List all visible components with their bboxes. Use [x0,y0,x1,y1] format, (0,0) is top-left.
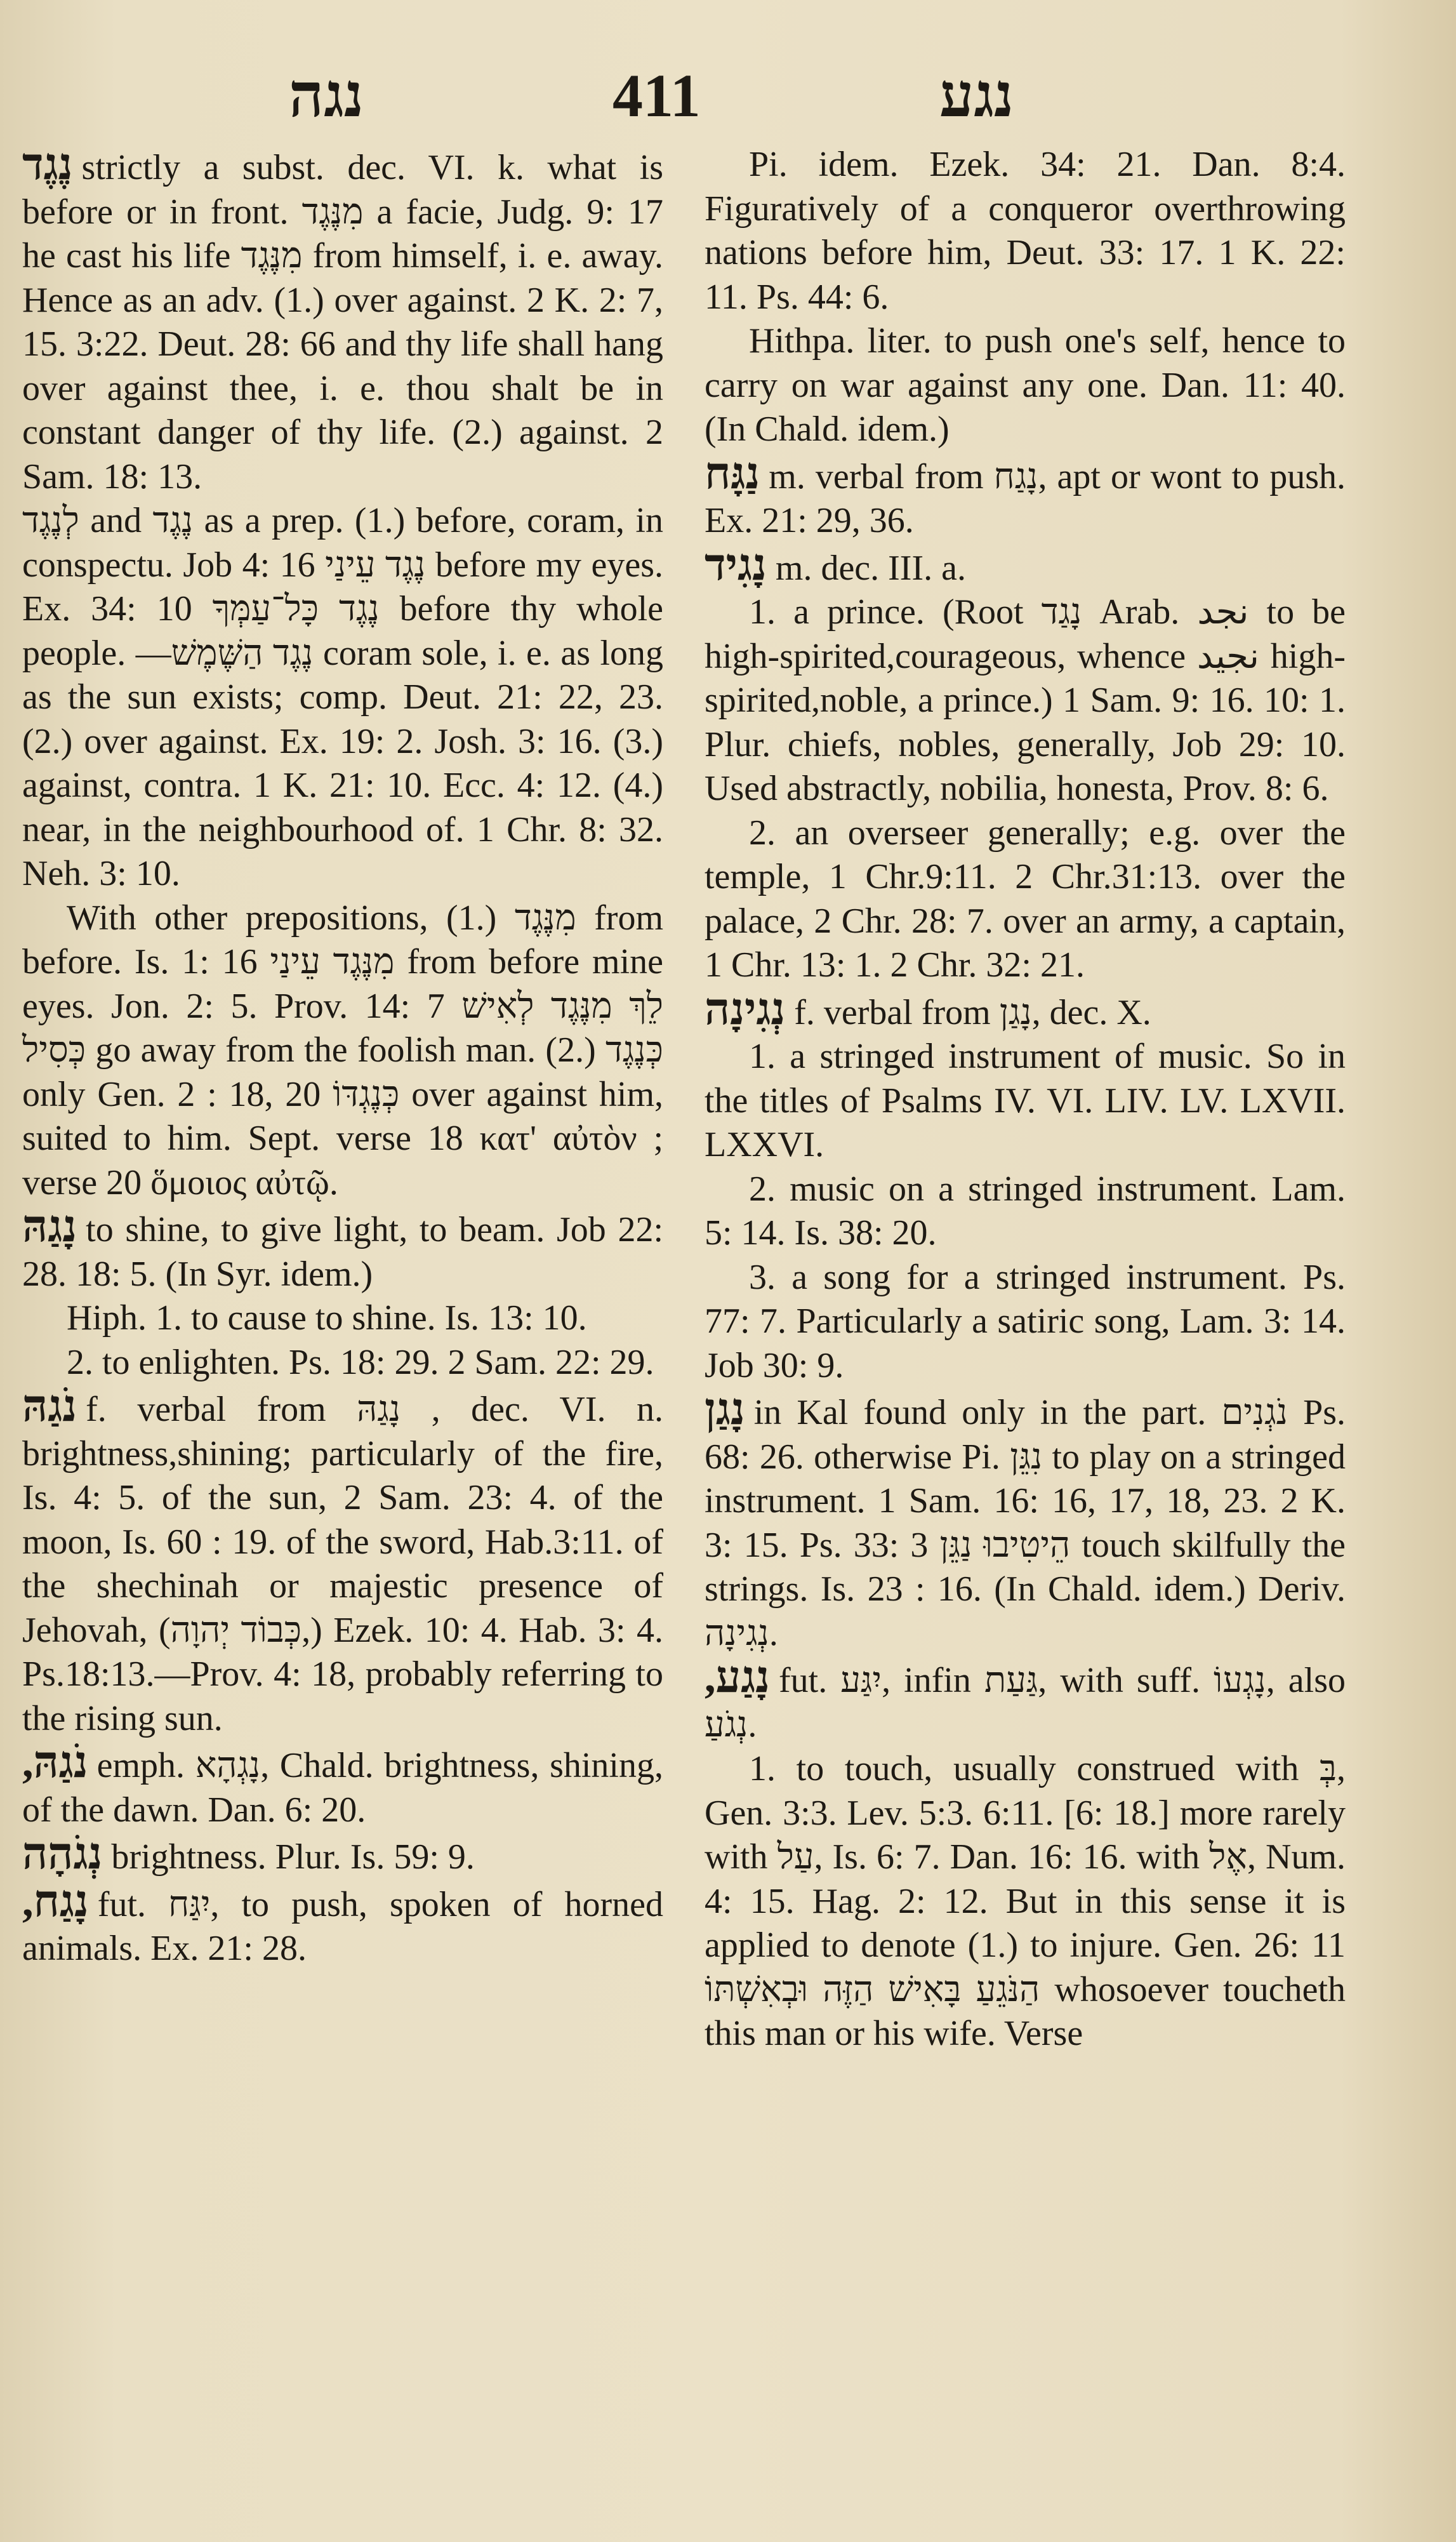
entry-text: 3. a song for a stringed instrument. Ps.… [705,1258,1346,1385]
dictionary-entry: 1. a prince. (Root נָגַד Arab. نجد to be… [705,590,1346,811]
dictionary-entry: נֹגַהּf. verbal from נָגַהּ , dec. VI. n… [22,1385,663,1741]
entry-headword: נֹגַהּ, [22,1738,88,1787]
dictionary-entry: נָגִידm. dec. III. a. [705,543,1346,591]
entry-text: m. dec. III. a. [776,549,966,588]
entry-headword: נָגַע, [705,1653,770,1702]
entry-text: strictly a subst. dec. VI. k. what is be… [22,148,663,496]
entry-text: in Kal found only in the part. נֹגְנִים … [705,1393,1346,1653]
right-column: Pi. idem. Ezek. 34: 21. Dan. 8:4. Figura… [705,143,1346,2056]
entry-text: 2. an overseer generally; e.g. over the … [705,813,1346,985]
page-header: נגה 411 נגע [0,60,1456,136]
entry-headword: נָגַן [705,1385,745,1434]
entry-text: m. verbal from נָגַח, apt or wont to pus… [705,457,1346,541]
entry-headword: נְגִינָה [705,985,785,1034]
entry-text: fut. יִגַּע, infin גַּעַת, with suff. נָ… [705,1661,1346,1745]
entry-text: 2. to enlighten. Ps. 18: 29. 2 Sam. 22: … [67,1343,654,1382]
dictionary-entry: נָגַע,fut. יִגַּע, infin גַּעַת, with su… [705,1656,1346,1747]
dictionary-entry: 2. music on a stringed instrument. Lam. … [705,1168,1346,1256]
entry-text: brightness. Plur. Is. 59: 9. [111,1837,474,1877]
header-right-word: נגע [939,60,1014,131]
left-column: נֶגֶדstrictly a subst. dec. VI. k. what … [22,143,663,1971]
entry-text: Hiph. 1. to cause to shine. Is. 13: 10. [67,1298,587,1338]
dictionary-entry: נְגִינָהf. verbal from נָגַן, dec. X. [705,988,1346,1035]
entry-text: 2. music on a stringed instrument. Lam. … [705,1169,1346,1253]
dictionary-entry: נֶגֶדstrictly a subst. dec. VI. k. what … [22,143,663,499]
entry-text: Hithpa. liter. to push one's self, hence… [705,321,1346,449]
entry-headword: נָגִיד [705,541,767,590]
entry-text: With other prepositions, (1.) מִנֶּגֶד f… [22,898,663,1202]
entry-headword: נֶגֶד [22,140,73,189]
dictionary-page: נגה 411 נגע נֶגֶדstrictly a subst. dec. … [0,0,1456,2542]
entry-text: Pi. idem. Ezek. 34: 21. Dan. 8:4. Figura… [705,145,1346,317]
entry-headword: נַגָּח [705,449,760,498]
page-number: 411 [612,60,701,131]
entry-text: f. verbal from נָגַן, dec. X. [794,993,1151,1032]
dictionary-entry: נַגָּחm. verbal from נָגַח, apt or wont … [705,452,1346,543]
entry-text: לְנֶגֶד and נֶגֶד as a prep. (1.) before… [22,501,663,893]
dictionary-entry: 2. to enlighten. Ps. 18: 29. 2 Sam. 22: … [22,1341,663,1385]
dictionary-entry: 3. a song for a stringed instrument. Ps.… [705,1256,1346,1388]
dictionary-entry: 1. a stringed instrument of music. So in… [705,1035,1346,1168]
dictionary-entry: נֹגַהּ,emph. נָגְהָא, Chald. brightness,… [22,1741,663,1832]
dictionary-entry: Pi. idem. Ezek. 34: 21. Dan. 8:4. Figura… [705,143,1346,319]
entry-headword: נָגַח, [22,1877,89,1926]
dictionary-entry: With other prepositions, (1.) מִנֶּגֶד f… [22,896,663,1206]
entry-text: 1. a prince. (Root נָגַד Arab. نجد to be… [705,592,1346,808]
entry-text: 1. a stringed instrument of music. So in… [705,1037,1346,1164]
entry-text: 1. to touch, usually construed with בְּ,… [705,1749,1346,2053]
dictionary-entry: Hiph. 1. to cause to shine. Is. 13: 10. [22,1296,663,1341]
entry-headword: נְגֹהָה [22,1830,102,1879]
dictionary-entry: נְגֹהָהbrightness. Plur. Is. 59: 9. [22,1832,663,1880]
dictionary-entry: 1. to touch, usually construed with בְּ,… [705,1747,1346,2056]
dictionary-entry: נָגַהּto shine, to give light, to beam. … [22,1205,663,1296]
entry-text: emph. נָגְהָא, Chald. brightness, shinin… [22,1746,663,1830]
dictionary-entry: נָגַןin Kal found only in the part. נֹגְ… [705,1388,1346,1656]
dictionary-entry: 2. an overseer generally; e.g. over the … [705,811,1346,988]
dictionary-entry: Hithpa. liter. to push one's self, hence… [705,319,1346,452]
entry-headword: נֹגַהּ [22,1382,77,1431]
entry-text: to shine, to give light, to beam. Job 22… [22,1210,663,1294]
entry-text: f. verbal from נָגַהּ , dec. VI. n. brig… [22,1390,663,1738]
header-left-word: נגה [289,60,364,131]
entry-text: fut. יִגַּח, to push, spoken of horned a… [22,1885,663,1969]
dictionary-entry: נָגַח,fut. יִגַּח, to push, spoken of ho… [22,1880,663,1971]
dictionary-entry: לְנֶגֶד and נֶגֶד as a prep. (1.) before… [22,499,663,896]
entry-headword: נָגַהּ [22,1202,77,1251]
